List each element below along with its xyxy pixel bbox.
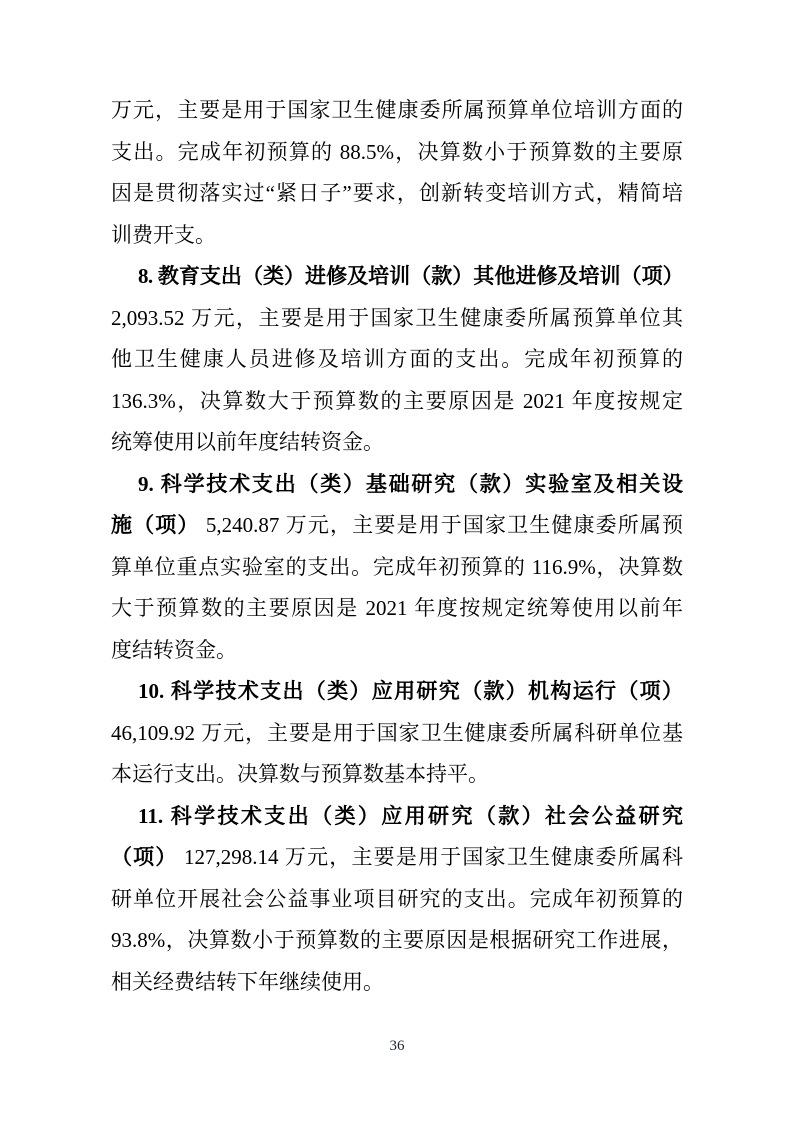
body-text: 136.3%，决算数大于预算数的主要原因是 2021 年度按规定 [111, 389, 683, 413]
body-text: 研单位开展社会公益事业项目研究的支出。完成年初预算的 [111, 887, 683, 911]
text-line: （项） 127,298.14 万元，主要是用于国家卫生健康委所属科 [111, 837, 683, 879]
body-text: 46,109.92 万元，主要是用于国家卫生健康委所属科研单位基 [111, 721, 683, 745]
document-body: 万元，主要是用于国家卫生健康委所属预算单位培训方面的支出。完成年初预算的 88.… [111, 90, 683, 1003]
text-line: 9. 科学技术支出（类）基础研究（款）实验室及相关设 [111, 464, 683, 506]
body-text: 统筹使用以前年度结转资金。 [111, 430, 384, 454]
text-line: 本运行支出。决算数与预算数基本持平。 [111, 754, 683, 796]
body-text: 大于预算数的主要原因是 2021 年度按规定统筹使用以前年 [111, 596, 683, 620]
paragraph-item-10: 10. 科学技术支出（类）应用研究（款）机构运行（项）46,109.92 万元，… [111, 671, 683, 796]
text-line: 136.3%，决算数大于预算数的主要原因是 2021 年度按规定 [111, 381, 683, 423]
text-line: 11. 科学技术支出（类）应用研究（款）社会公益研究 [111, 796, 683, 838]
body-text: 93.8%，决算数小于预算数的主要原因是根据研究工作进展， [111, 928, 683, 952]
heading-text: （项） [111, 845, 178, 869]
body-text: 支出。完成年初预算的 88.5%，决算数小于预算数的主要原 [111, 140, 683, 164]
heading-text: 8. 教育支出（类）进修及培训（款）其他进修及培训（项） [138, 264, 683, 288]
body-text: 度结转资金。 [111, 638, 237, 662]
heading-text: 施（项） [111, 513, 200, 537]
text-line: 研单位开展社会公益事业项目研究的支出。完成年初预算的 [111, 879, 683, 921]
paragraph-item-8: 8. 教育支出（类）进修及培训（款）其他进修及培训（项）2,093.52 万元，… [111, 256, 683, 464]
heading-text: 11. 科学技术支出（类）应用研究（款）社会公益研究 [138, 804, 683, 828]
paragraph-item-7-continuation: 万元，主要是用于国家卫生健康委所属预算单位培训方面的支出。完成年初预算的 88.… [111, 90, 683, 256]
text-line: 10. 科学技术支出（类）应用研究（款）机构运行（项） [111, 671, 683, 713]
text-line: 算单位重点实验室的支出。完成年初预算的 116.9%，决算数 [111, 547, 683, 589]
body-text: 本运行支出。决算数与预算数基本持平。 [111, 762, 489, 786]
text-line: 度结转资金。 [111, 630, 683, 672]
body-text: 万元，主要是用于国家卫生健康委所属预算单位培训方面的 [111, 98, 683, 122]
body-text: 因是贯彻落实过“紧日子”要求，创新转变培训方式，精简培 [111, 181, 683, 205]
body-text: 2,093.52 万元，主要是用于国家卫生健康委所属预算单位其 [111, 306, 683, 330]
heading-text: 10. 科学技术支出（类）应用研究（款）机构运行（项） [138, 679, 683, 703]
paragraph-item-9: 9. 科学技术支出（类）基础研究（款）实验室及相关设施（项） 5,240.87 … [111, 464, 683, 672]
text-line: 统筹使用以前年度结转资金。 [111, 422, 683, 464]
text-line: 大于预算数的主要原因是 2021 年度按规定统筹使用以前年 [111, 588, 683, 630]
body-text: 5,240.87 万元，主要是用于国家卫生健康委所属预 [200, 513, 683, 537]
paragraph-item-11: 11. 科学技术支出（类）应用研究（款）社会公益研究（项） 127,298.14… [111, 796, 683, 1004]
text-line: 93.8%，决算数小于预算数的主要原因是根据研究工作进展， [111, 920, 683, 962]
page-number: 36 [0, 1036, 794, 1056]
text-line: 46,109.92 万元，主要是用于国家卫生健康委所属科研单位基 [111, 713, 683, 755]
text-line: 支出。完成年初预算的 88.5%，决算数小于预算数的主要原 [111, 132, 683, 174]
body-text: 127,298.14 万元，主要是用于国家卫生健康委所属科 [178, 845, 683, 869]
text-line: 万元，主要是用于国家卫生健康委所属预算单位培训方面的 [111, 90, 683, 132]
text-line: 他卫生健康人员进修及培训方面的支出。完成年初预算的 [111, 339, 683, 381]
text-line: 2,093.52 万元，主要是用于国家卫生健康委所属预算单位其 [111, 298, 683, 340]
body-text: 相关经费结转下年继续使用。 [111, 970, 384, 994]
body-text: 算单位重点实验室的支出。完成年初预算的 116.9%，决算数 [111, 555, 683, 579]
text-line: 训费开支。 [111, 215, 683, 257]
text-line: 8. 教育支出（类）进修及培训（款）其他进修及培训（项） [111, 256, 683, 298]
body-text: 训费开支。 [111, 223, 216, 247]
document-page: 万元，主要是用于国家卫生健康委所属预算单位培训方面的支出。完成年初预算的 88.… [0, 0, 794, 1123]
heading-text: 9. 科学技术支出（类）基础研究（款）实验室及相关设 [138, 472, 683, 496]
body-text: 他卫生健康人员进修及培训方面的支出。完成年初预算的 [111, 347, 683, 371]
text-line: 相关经费结转下年继续使用。 [111, 962, 683, 1004]
text-line: 因是贯彻落实过“紧日子”要求，创新转变培训方式，精简培 [111, 173, 683, 215]
text-line: 施（项） 5,240.87 万元，主要是用于国家卫生健康委所属预 [111, 505, 683, 547]
